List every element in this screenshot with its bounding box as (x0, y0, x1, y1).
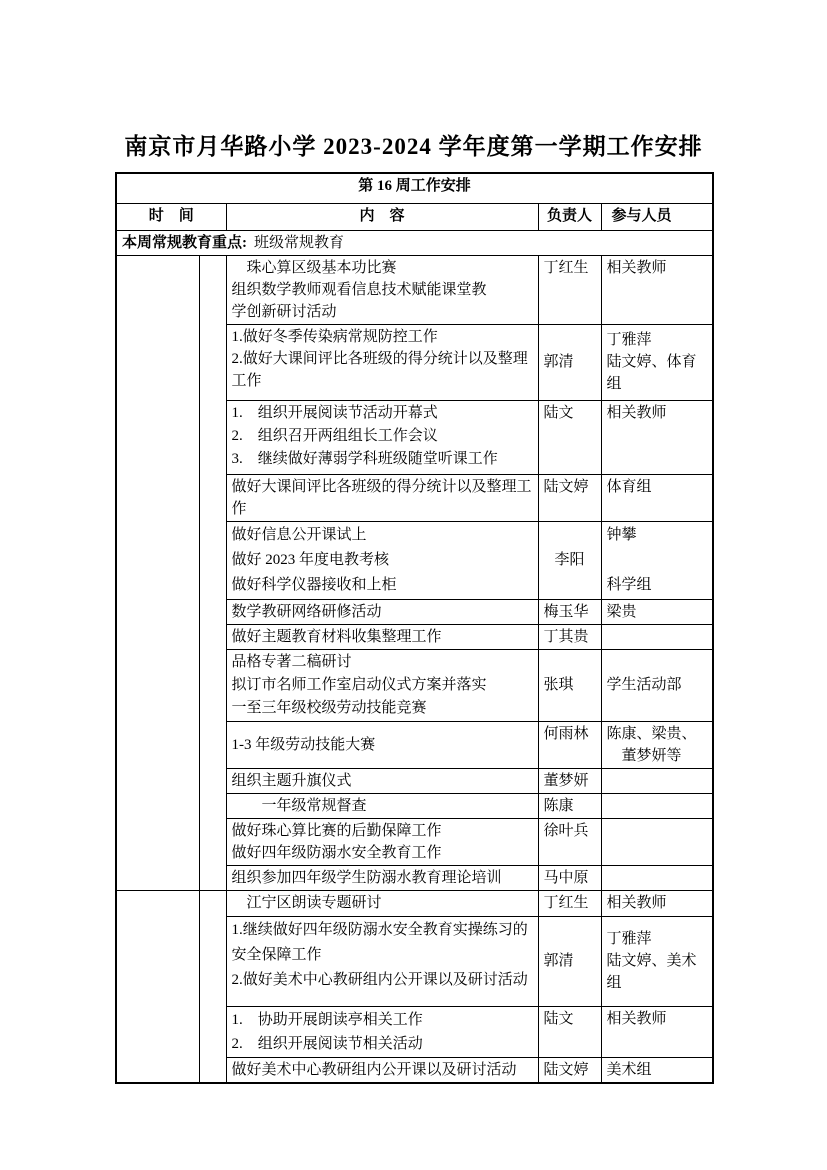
content-cell: 做好主题教育材料收集整理工作 (226, 624, 538, 649)
content-cell: 1. 组织开展阅读节活动开幕式 2. 组织召开两组组长工作会议 3. 继续做好薄… (226, 400, 538, 474)
weekday-cell (199, 890, 226, 1083)
person-cell: 张琪 (538, 649, 601, 721)
person-cell: 陆文 (538, 1006, 601, 1057)
person-cell: 李阳 (538, 521, 601, 599)
person-cell: 徐叶兵 (538, 818, 601, 865)
person-cell: 陆文婷 (538, 1057, 601, 1083)
participants-cell (601, 793, 713, 818)
content-cell: 组织参加四年级学生防溺水教育理论培训 (226, 865, 538, 890)
column-header-content: 内 容 (226, 203, 538, 230)
person-cell: 马中原 (538, 865, 601, 890)
participants-cell: 陈康、梁贵、 董梦妍等 (601, 721, 713, 768)
content-cell: 1-3 年级劳动技能大赛 (226, 721, 538, 768)
content-cell: 做好美术中心教研组内公开课以及研讨活动 (226, 1057, 538, 1083)
participants-cell: 体育组 (601, 474, 713, 521)
column-header-person: 负责人 (538, 203, 601, 230)
content-cell: 做好珠心算比赛的后勤保障工作 做好四年级防溺水安全教育工作 (226, 818, 538, 865)
participants-cell (601, 768, 713, 793)
table-row: 江宁区朗读专题研讨 丁红生 相关教师 (116, 890, 713, 916)
person-cell: 郭清 (538, 324, 601, 400)
participants-cell (601, 818, 713, 865)
content-cell: 品格专著二稿研讨 拟订市名师工作室启动仪式方案并落实 一至三年级校级劳动技能竞赛 (226, 649, 538, 721)
person-cell: 陈康 (538, 793, 601, 818)
content-cell: 做好大课间评比各班级的得分统计以及整理工 作 (226, 474, 538, 521)
content-cell: 江宁区朗读专题研讨 (226, 890, 538, 916)
content-cell: 做好信息公开课试上 做好 2023 年度电教考核 做好科学仪器接收和上柜 (226, 521, 538, 599)
date-cell: 12 月 18 日 (116, 255, 199, 890)
week-header: 第 16 周工作安排 (116, 173, 713, 203)
person-cell: 陆文婷 (538, 474, 601, 521)
content-cell: 珠心算区级基本功比赛 组织数学教师观看信息技术赋能课堂教 学创新研讨活动 (226, 255, 538, 324)
weekly-focus-label: 本周常规教育重点: (122, 235, 247, 251)
person-cell: 何雨林 (538, 721, 601, 768)
person-cell: 丁其贵 (538, 624, 601, 649)
weekly-focus-cell: 本周常规教育重点:班级常规教育 (116, 230, 713, 255)
person-cell: 董梦妍 (538, 768, 601, 793)
content-cell: 数学教研网络研修活动 (226, 599, 538, 624)
participants-cell: 梁贵 (601, 599, 713, 624)
content-cell: 1.做好冬季传染病常规防控工作 2.做好大课间评比各班级的得分统计以及整理 工作 (226, 324, 538, 400)
table-row: 时 间 内 容 负责人 参与人员 (116, 203, 713, 230)
person-cell: 陆文 (538, 400, 601, 474)
person-cell: 梅玉华 (538, 599, 601, 624)
content-cell: 1.继续做好四年级防溺水安全教育实操练习的 安全保障工作 2.做好美术中心教研组… (226, 916, 538, 1006)
participants-cell: 丁雅萍 陆文婷、体育 组 (601, 324, 713, 400)
table-row: 第 16 周工作安排 (116, 173, 713, 203)
participants-cell: 丁雅萍 陆文婷、美术 组 (601, 916, 713, 1006)
column-header-participants: 参与人员 (601, 203, 713, 230)
document-page: 南京市月华路小学 2023-2024 学年度第一学期工作安排 第 16 周工作安… (0, 0, 827, 1170)
content-cell: 组织主题升旗仪式 (226, 768, 538, 793)
participants-cell: 学生活动部 (601, 649, 713, 721)
date-cell (116, 890, 199, 1083)
participants-cell: 钟攀 科学组 (601, 521, 713, 599)
work-schedule-table: 第 16 周工作安排 时 间 内 容 负责人 参与人员 本周常规教育重点:班级常… (115, 172, 714, 1084)
participants-cell: 相关教师 (601, 255, 713, 324)
weekly-focus-value: 班级常规教育 (254, 235, 344, 251)
column-header-time: 时 间 (116, 203, 226, 230)
participants-cell: 相关教师 (601, 890, 713, 916)
page-title: 南京市月华路小学 2023-2024 学年度第一学期工作安排 (0, 128, 827, 161)
table-row: 本周常规教育重点:班级常规教育 (116, 230, 713, 255)
date-text: 12 月 18 日 (122, 255, 193, 261)
participants-cell: 相关教师 (601, 1006, 713, 1057)
weekday-cell: 周 一 (199, 255, 226, 890)
content-cell: 一年级常规督查 (226, 793, 538, 818)
participants-cell (601, 624, 713, 649)
person-cell: 丁红生 (538, 255, 601, 324)
content-cell: 1. 协助开展朗读亭相关工作 2. 组织开展阅读节相关活动 (226, 1006, 538, 1057)
table-row: 12 月 18 日 周 一 珠心算区级基本功比赛 组织数学教师观看信息技术赋能课… (116, 255, 713, 324)
person-cell: 丁红生 (538, 890, 601, 916)
participants-cell: 相关教师 (601, 400, 713, 474)
person-cell: 郭清 (538, 916, 601, 1006)
participants-cell (601, 865, 713, 890)
participants-cell: 美术组 (601, 1057, 713, 1083)
